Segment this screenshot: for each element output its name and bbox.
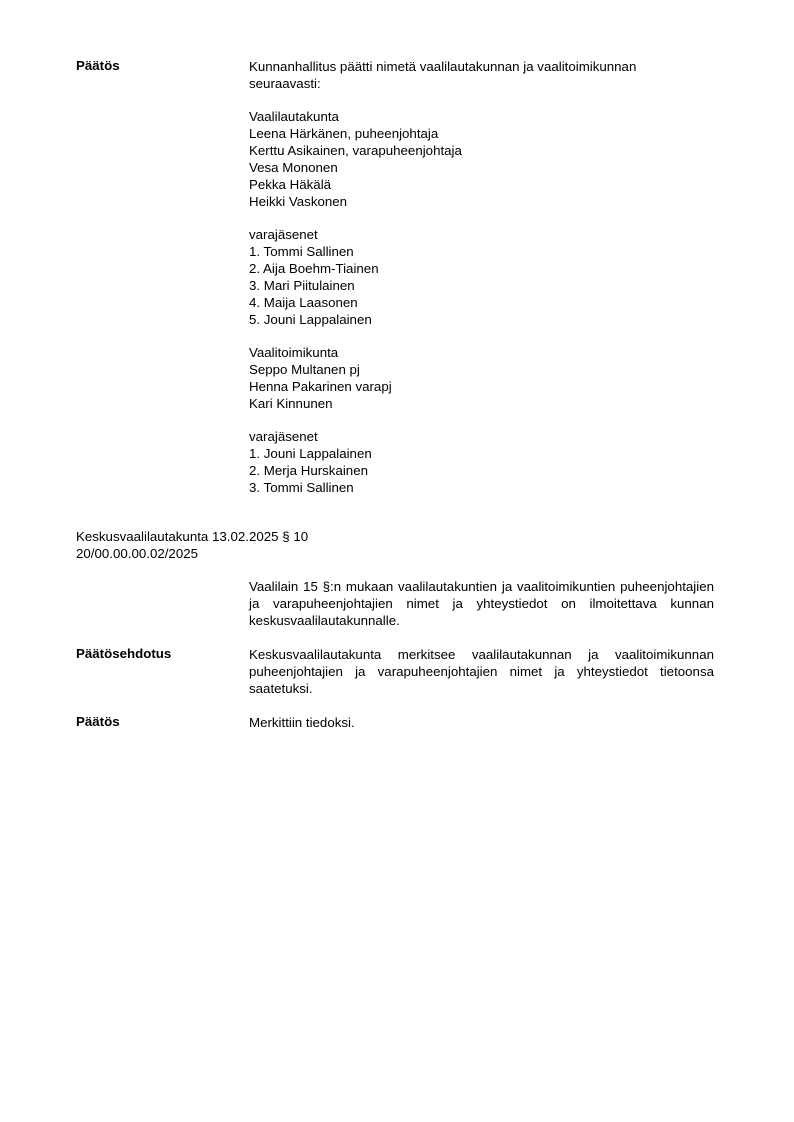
deputies-heading: varajäsenet (249, 428, 714, 445)
list-item: Pekka Häkälä (249, 176, 714, 193)
background-text: Vaalilain 15 §:n mukaan vaalilautakuntie… (249, 578, 714, 629)
list-item: Henna Pakarinen varapj (249, 378, 714, 395)
list-item: Vesa Mononen (249, 159, 714, 176)
list-item: 3. Tommi Sallinen (249, 479, 714, 496)
intro-line: Kunnanhallitus päätti nimetä vaalilautak… (249, 58, 714, 75)
document-page: Päätös Kunnanhallitus päätti nimetä vaal… (0, 0, 794, 1122)
decision-body: Kunnanhallitus päätti nimetä vaalilautak… (249, 58, 714, 496)
section-label-paatos-2: Päätös (76, 714, 120, 729)
decision-text: Merkittiin tiedoksi. (249, 714, 714, 731)
list-item: 5. Jouni Lappalainen (249, 311, 714, 328)
list-item: Heikki Vaskonen (249, 193, 714, 210)
reference-diary-number: 20/00.00.00.02/2025 (76, 545, 308, 562)
list-item: Kerttu Asikainen, varapuheenjohtaja (249, 142, 714, 159)
list-item: 1. Tommi Sallinen (249, 243, 714, 260)
list-item: 4. Maija Laasonen (249, 294, 714, 311)
list-item: 2. Aija Boehm-Tiainen (249, 260, 714, 277)
intro-line: seuraavasti: (249, 75, 714, 92)
list-item: Seppo Multanen pj (249, 361, 714, 378)
section-label-paatos: Päätös (76, 58, 120, 73)
list-item: 3. Mari Piitulainen (249, 277, 714, 294)
list-item: Kari Kinnunen (249, 395, 714, 412)
list-item: Leena Härkänen, puheenjohtaja (249, 125, 714, 142)
proposal-text: Keskusvaalilautakunta merkitsee vaalilau… (249, 646, 714, 697)
meeting-reference: Keskusvaalilautakunta 13.02.2025 § 10 20… (76, 528, 308, 562)
list-item: 1. Jouni Lappalainen (249, 445, 714, 462)
vaalilautakunta-heading: Vaalilautakunta (249, 108, 714, 125)
deputies-heading: varajäsenet (249, 226, 714, 243)
section-label-paatosehdotus: Päätösehdotus (76, 646, 171, 661)
vaalitoimikunta-heading: Vaalitoimikunta (249, 344, 714, 361)
list-item: 2. Merja Hurskainen (249, 462, 714, 479)
reference-meeting: Keskusvaalilautakunta 13.02.2025 § 10 (76, 528, 308, 545)
